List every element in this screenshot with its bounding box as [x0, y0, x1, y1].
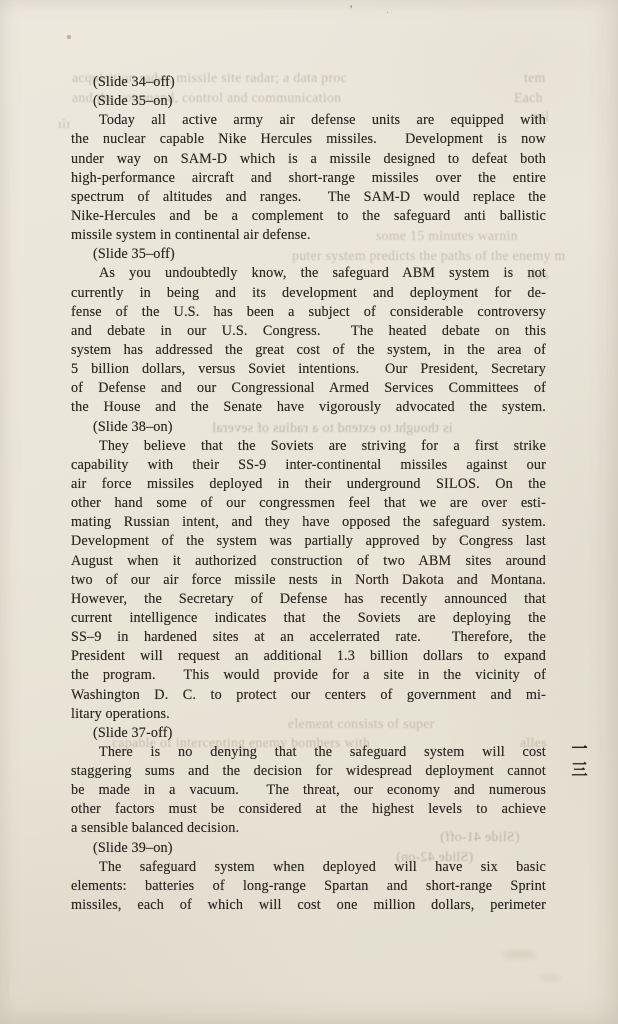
scanned-document-page: acquisition radar, missile site radar; a… [0, 0, 618, 1024]
text-line: elements: batteries of long-range Sparta… [71, 877, 546, 896]
text-line: air force missiles deployed in their und… [71, 475, 546, 494]
text-line: Washington D. C. to protect our centers … [71, 686, 546, 705]
text-line: President will request an additional 1.3… [71, 647, 546, 666]
ghost-text-fragment: ıiı [58, 116, 70, 132]
text-line: mating Russian intent, and they have opp… [71, 513, 546, 532]
text-line: and debate in our U.S. Congress. The hea… [71, 322, 546, 341]
text-line: spectrum of altitudes and ranges. The SA… [71, 188, 546, 207]
slide-cue-line: (Slide 39–on) [71, 839, 546, 858]
text-line: other factors must be considered at the … [71, 800, 546, 819]
paper-speck [67, 35, 71, 39]
slide-cue-line: (Slide 38–on) [71, 418, 546, 437]
text-line: However, the Secretary of Defense has re… [71, 590, 546, 609]
text-line: They believe that the Soviets are strivi… [71, 437, 546, 456]
text-line: staggering sums and the decision for wid… [71, 762, 546, 781]
text-line: capability with their SS-9 inter-contine… [71, 456, 546, 475]
scan-artifact-dot: · [386, 8, 389, 19]
text-line: Development of the system was partially … [71, 532, 546, 551]
slide-cue-line: (Slide 35–off) [71, 245, 546, 264]
text-line: As you undoubtedly know, the safeguard A… [71, 264, 546, 283]
text-line: the program. This would provide for a si… [71, 666, 546, 685]
text-line: high-performance aircraft and short-rang… [71, 169, 546, 188]
text-line: the House and the Senate have vigorously… [71, 398, 546, 417]
text-line: fense of the U.S. has been a subject of … [71, 303, 546, 322]
page-number-vertical: 一三 [567, 740, 590, 782]
text-line: current intelligence indicates that the … [71, 609, 546, 628]
slide-cue-line: (Slide 35–on) [71, 92, 546, 111]
scan-artifact-mark: ' [350, 2, 352, 17]
text-line: missile system in continental air defens… [71, 226, 546, 245]
text-line: of Defense and our Congressional Armed S… [71, 379, 546, 398]
page-text-block: (Slide 34–off)(Slide 35–on)Today all act… [71, 73, 546, 915]
text-line: under way on SAM-D which is a missile de… [71, 150, 546, 169]
slide-cue-line: (Slide 37-off) [71, 724, 546, 743]
text-line: Today all active army air defense units … [71, 111, 546, 130]
text-line: litary operations. [71, 705, 546, 724]
paper-smudge [502, 950, 536, 959]
text-line: two of our air force missile nests in No… [71, 571, 546, 590]
text-line: a sensible balanced decision. [71, 819, 546, 838]
text-line: The safeguard system when deployed will … [71, 858, 546, 877]
paper-smudge [540, 974, 560, 981]
slide-cue-line: (Slide 34–off) [71, 73, 546, 92]
text-line: Nike-Hercules and be a complement to the… [71, 207, 546, 226]
text-line: be made in a vacuum. The threat, our eco… [71, 781, 546, 800]
text-line: other hand some of our congressmen feel … [71, 494, 546, 513]
text-line: missiles, each of which will cost one mi… [71, 896, 546, 915]
text-line: system has addressed the great cost of t… [71, 341, 546, 360]
text-line: August when it authorized construction o… [71, 552, 546, 571]
text-line: SS–9 in hardened sites at an accelerrate… [71, 628, 546, 647]
text-line: the nuclear capable Nike Hercules missil… [71, 130, 546, 149]
text-line: There is no denying that the safeguard s… [71, 743, 546, 762]
text-line: currently in being and its development a… [71, 284, 546, 303]
text-line: 5 billion dollars, versus Soviet intenti… [71, 360, 546, 379]
